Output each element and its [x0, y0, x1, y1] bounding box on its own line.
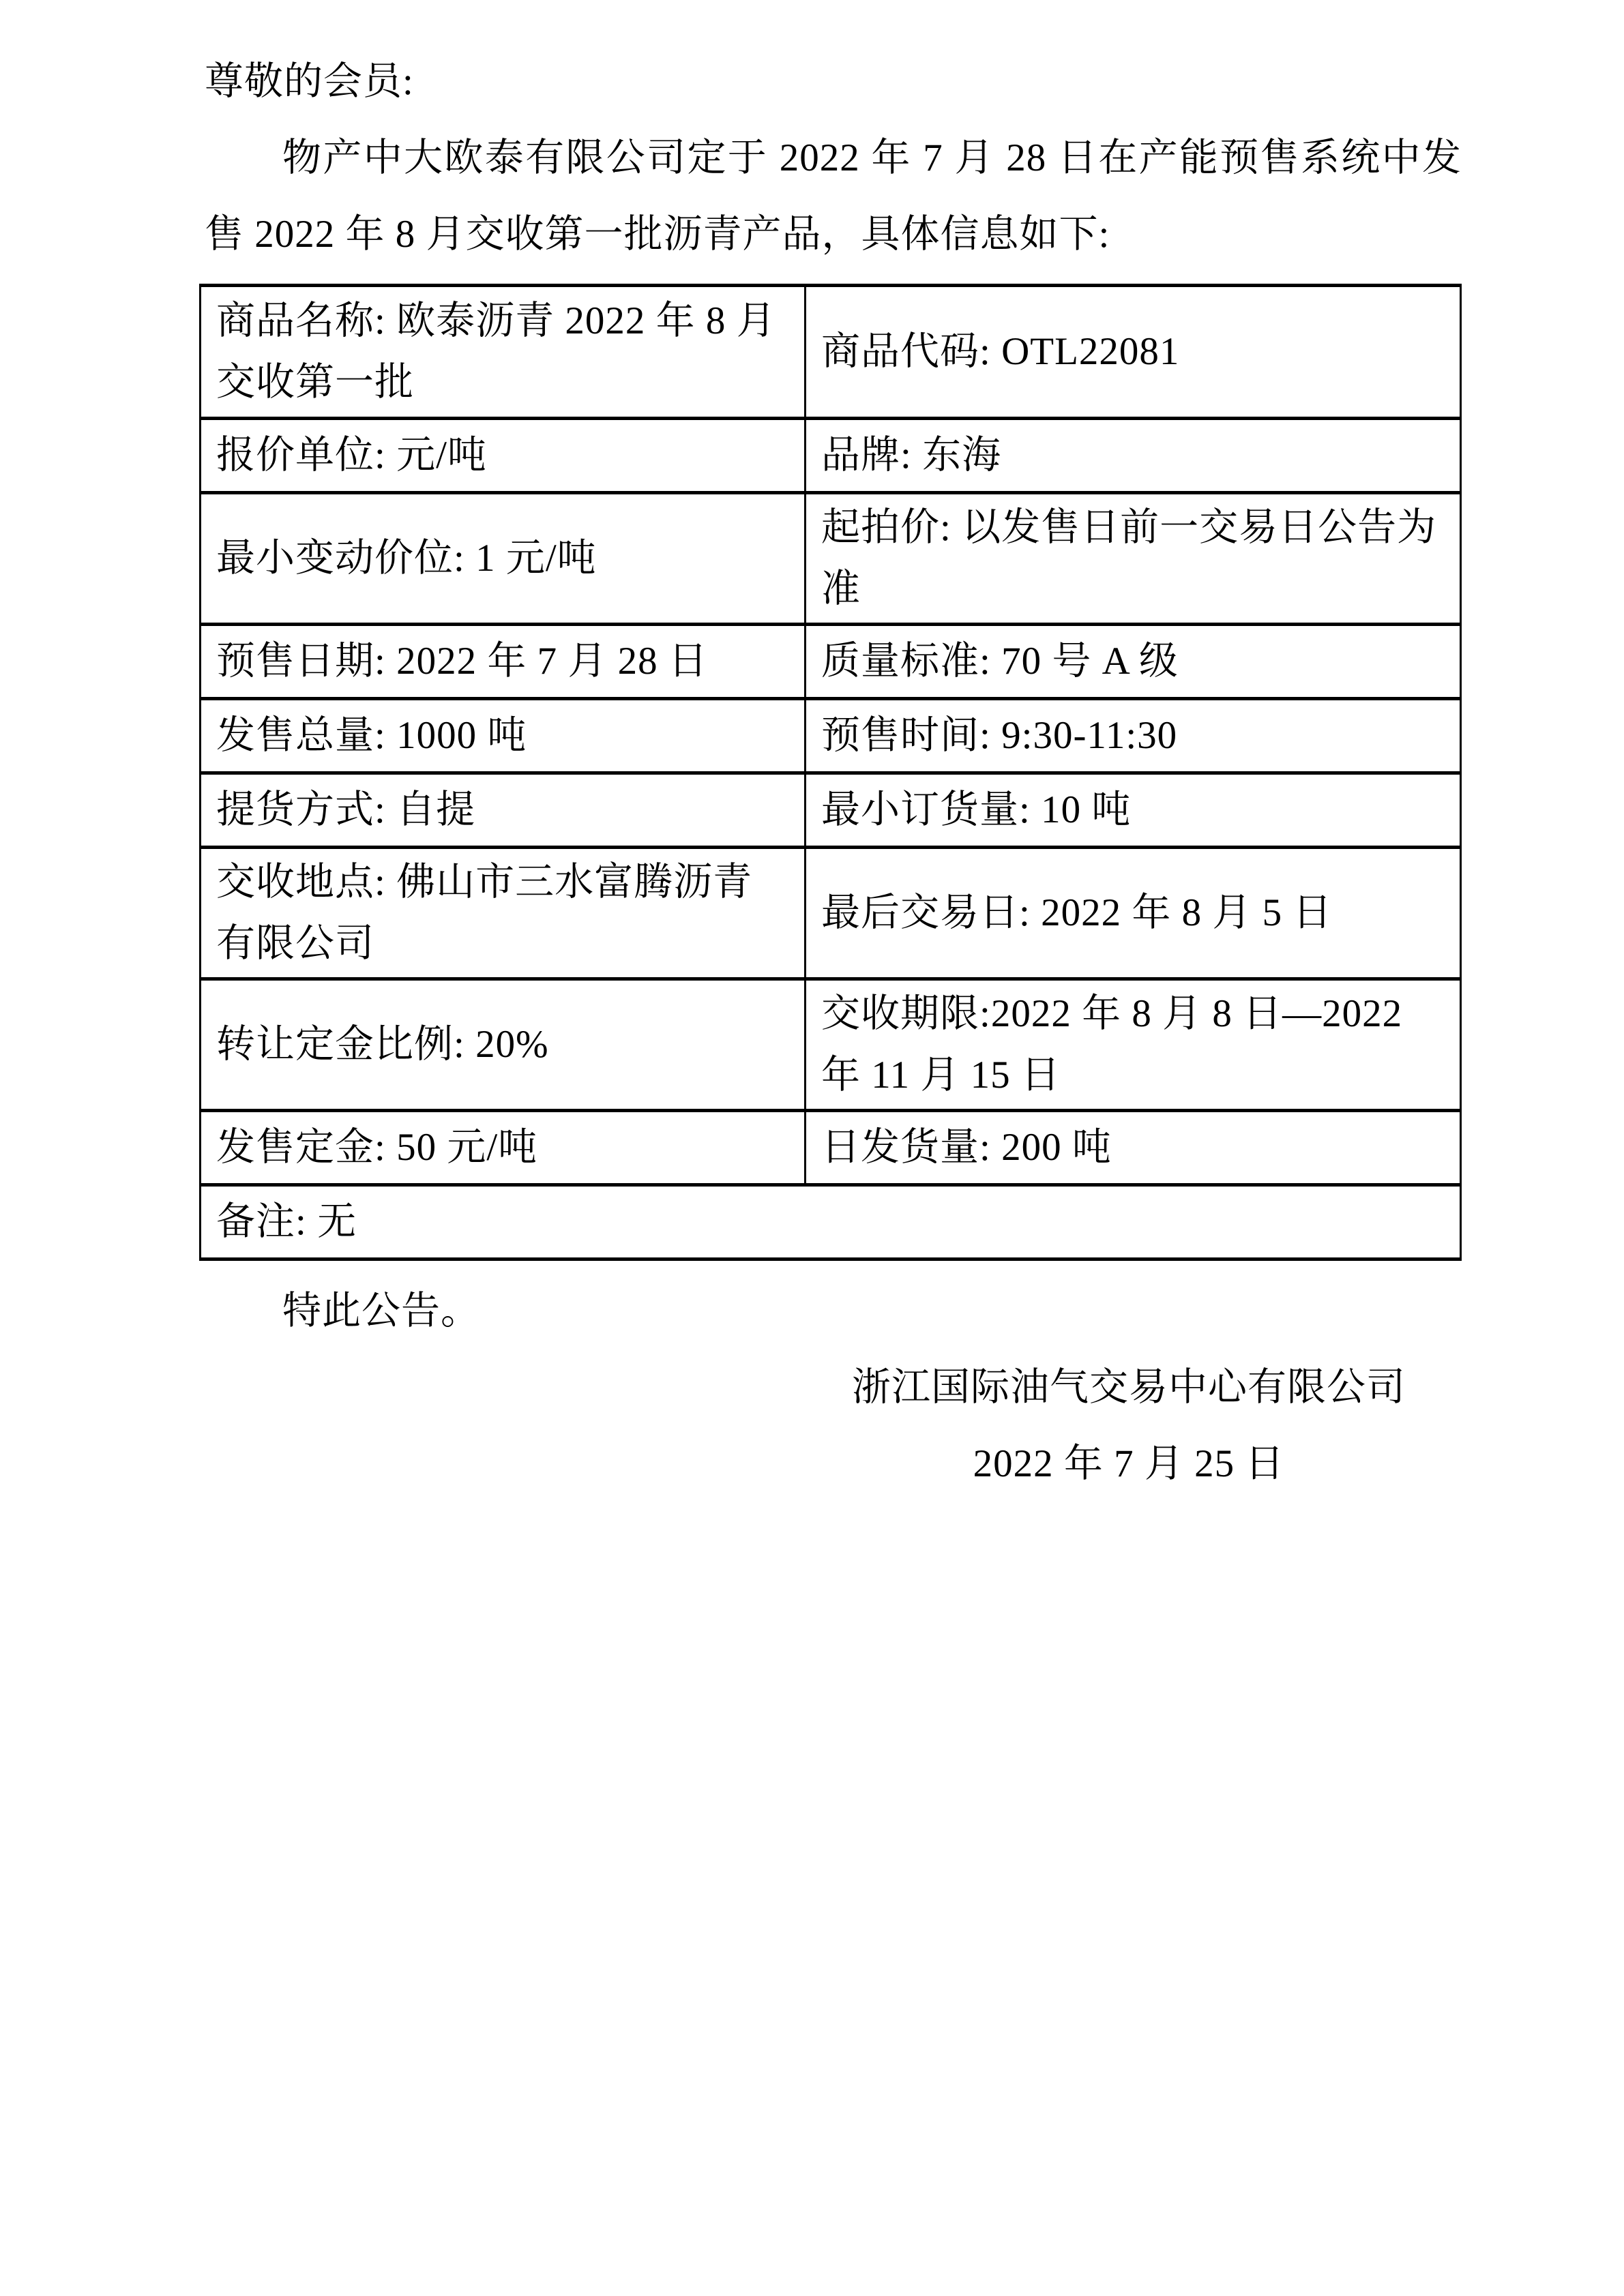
- table-row: 最小变动价位: 1 元/吨 起拍价: 以发售日前一交易日公告为准: [201, 493, 1461, 625]
- signature-block: 浙江国际油气交易中心有限公司 2022 年 7 月 25 日: [815, 1350, 1443, 1502]
- cell-quality-standard: 质量标准: 70 号 A 级: [806, 625, 1461, 699]
- table-row: 预售日期: 2022 年 7 月 28 日 质量标准: 70 号 A 级: [201, 625, 1461, 699]
- greeting: 尊敬的会员:: [205, 44, 1462, 120]
- closing-line: 特此公告。: [205, 1273, 1462, 1350]
- cell-presale-date: 预售日期: 2022 年 7 月 28 日: [201, 625, 806, 699]
- cell-transfer-deposit-ratio: 转让定金比例: 20%: [201, 979, 806, 1111]
- table-row: 备注: 无: [201, 1185, 1461, 1259]
- cell-delivery-location: 交收地点: 佛山市三水富腾沥青有限公司: [201, 848, 806, 979]
- cell-presale-time: 预售时间: 9:30-11:30: [806, 699, 1461, 773]
- table-row: 发售总量: 1000 吨 预售时间: 9:30-11:30: [201, 699, 1461, 773]
- table-row: 提货方式: 自提 最小订货量: 10 吨: [201, 773, 1461, 848]
- cell-pickup-method: 提货方式: 自提: [201, 773, 806, 848]
- cell-delivery-period: 交收期限:2022 年 8 月 8 日—2022 年 11 月 15 日: [806, 979, 1461, 1111]
- cell-total-volume: 发售总量: 1000 吨: [201, 699, 806, 773]
- cell-min-order-quantity: 最小订货量: 10 吨: [806, 773, 1461, 848]
- intro-paragraph: 物产中大欧泰有限公司定于 2022 年 7 月 28 日在产能预售系统中发售 2…: [205, 120, 1462, 273]
- cell-min-price-tick: 最小变动价位: 1 元/吨: [201, 493, 806, 625]
- cell-last-trading-day: 最后交易日: 2022 年 8 月 5 日: [806, 848, 1461, 979]
- company-name: 浙江国际油气交易中心有限公司: [815, 1350, 1443, 1426]
- cell-quote-unit: 报价单位: 元/吨: [201, 419, 806, 493]
- cell-brand: 品牌: 东海: [806, 419, 1461, 493]
- table-row: 转让定金比例: 20% 交收期限:2022 年 8 月 8 日—2022 年 1…: [201, 979, 1461, 1111]
- table-row: 报价单位: 元/吨 品牌: 东海: [201, 419, 1461, 493]
- cell-remarks: 备注: 无: [201, 1185, 1461, 1259]
- cell-daily-shipment: 日发货量: 200 吨: [806, 1111, 1461, 1185]
- product-info-table: 商品名称: 欧泰沥青 2022 年 8 月交收第一批 商品代码: OTL2208…: [199, 284, 1462, 1261]
- document-page: 尊敬的会员: 物产中大欧泰有限公司定于 2022 年 7 月 28 日在产能预售…: [0, 0, 1624, 2296]
- cell-product-name: 商品名称: 欧泰沥青 2022 年 8 月交收第一批: [201, 286, 806, 419]
- table-row: 交收地点: 佛山市三水富腾沥青有限公司 最后交易日: 2022 年 8 月 5 …: [201, 848, 1461, 979]
- table-row: 商品名称: 欧泰沥青 2022 年 8 月交收第一批 商品代码: OTL2208…: [201, 286, 1461, 419]
- cell-starting-price: 起拍价: 以发售日前一交易日公告为准: [806, 493, 1461, 625]
- cell-sale-deposit: 发售定金: 50 元/吨: [201, 1111, 806, 1185]
- table-row: 发售定金: 50 元/吨 日发货量: 200 吨: [201, 1111, 1461, 1185]
- cell-product-code: 商品代码: OTL22081: [806, 286, 1461, 419]
- signature-date: 2022 年 7 月 25 日: [815, 1426, 1443, 1502]
